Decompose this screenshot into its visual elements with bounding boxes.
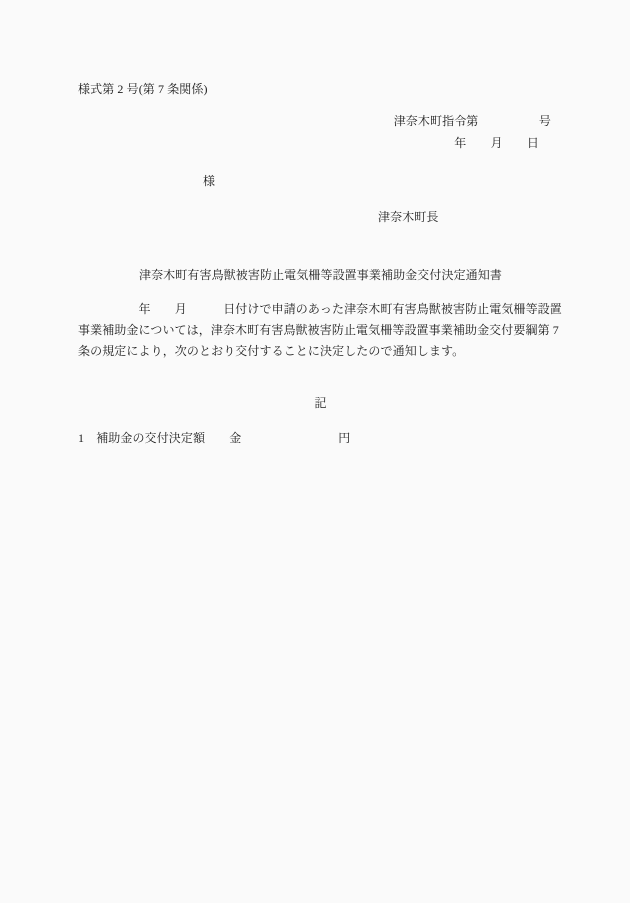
grant-amount-line: 1 補助金の交付決定額 金 円 <box>78 431 350 446</box>
directive-number-line: 津奈木町指令第 号 <box>78 114 551 129</box>
body-paragraph-line-1: 年 月 日付けで申請のあった津奈木町有害鳥獣被害防止電気柵等設置 <box>78 302 562 317</box>
body-paragraph-line-2: 事業補助金については，津奈木町有害鳥獣被害防止電気柵等設置事業補助金交付要綱第 … <box>78 323 559 338</box>
recipient-honorific: 様 <box>203 174 215 189</box>
date-blank-line: 年 月 日 <box>78 136 539 151</box>
document-page: 様式第 2 号(第 7 条関係) 津奈木町指令第 号 年 月 日 様 津奈木町長… <box>0 0 630 903</box>
form-number-note: 様式第 2 号(第 7 条関係) <box>78 82 208 97</box>
document-title: 津奈木町有害鳥獣被害防止電気柵等設置事業補助金交付決定通知書 <box>78 268 563 283</box>
sender-mayor-title: 津奈木町長 <box>378 210 439 225</box>
ki-marker: 記 <box>78 396 563 411</box>
body-paragraph-line-3: 条の規定により，次のとおり交付することに決定したので通知します。 <box>78 344 464 359</box>
